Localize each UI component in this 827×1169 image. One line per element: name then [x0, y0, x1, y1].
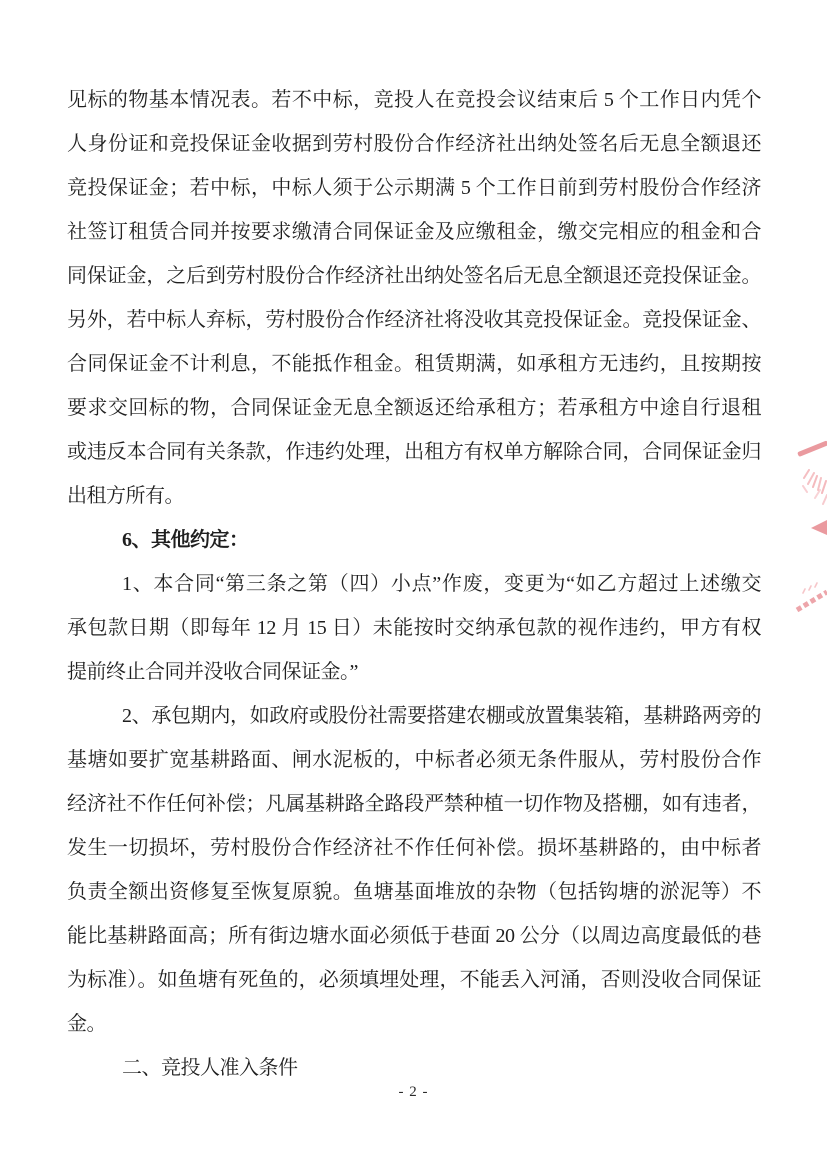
document-page: 见标的物基本情况表。若不中标，竞投人在竞投会议结束后 5 个工作日内凭个人身份证…	[0, 0, 827, 1169]
text-line: 社签订租赁合同并按要求缴清合同保证金及应缴租金，缴交完相应的租金和合	[67, 210, 761, 254]
stamp-fragment-bottom	[797, 583, 827, 610]
text-line: 要求交回标的物，合同保证金无息全额返还给承租方；若承租方中途自行退租	[67, 386, 761, 430]
text-line: 或违反本合同有关条款，作违约处理，出租方有权单方解除合同，合同保证金归	[67, 430, 761, 474]
text-line: 提前终止合同并没收合同保证金。”	[67, 650, 761, 694]
text-line: 6、其他约定：	[67, 518, 761, 562]
text-line: 金。	[67, 1002, 761, 1046]
document-body: 见标的物基本情况表。若不中标，竞投人在竞投会议结束后 5 个工作日内凭个人身份证…	[67, 78, 761, 1090]
text-line: 发生一切损坏，劳村股份合作经济社不作任何补偿。损坏基耕路的，由中标者	[67, 826, 761, 870]
text-line: 承包款日期（即每年 12 月 15 日）未能按时交纳承包款的视作违约，甲方有权	[67, 606, 761, 650]
text-line: 人身份证和竞投保证金收据到劳村股份合作经济社出纳处签名后无息全额退还	[67, 122, 761, 166]
text-line: 能比基耕路面高；所有街边塘水面必须低于巷面 20 公分（以周边高度最低的巷	[67, 914, 761, 958]
text-line: 见标的物基本情况表。若不中标，竞投人在竞投会议结束后 5 个工作日内凭个	[67, 78, 761, 122]
text-line: 负责全额出资修复至恢复原貌。鱼塘基面堆放的杂物（包括钩塘的淤泥等）不	[67, 870, 761, 914]
text-line: 合同保证金不计利息，不能抵作租金。租赁期满，如承租方无违约，且按期按	[67, 342, 761, 386]
stamp-fragment-top	[797, 440, 827, 535]
paragraph-clause-5-continuation: 见标的物基本情况表。若不中标，竞投人在竞投会议结束后 5 个工作日内凭个人身份证…	[67, 78, 761, 518]
text-line: 1、本合同“第三条之第（四）小点”作废，变更为“如乙方超过上述缴交	[67, 562, 761, 606]
text-line: 基塘如要扩宽基耕路面、闸水泥板的，中标者必须无条件服从，劳村股份合作	[67, 738, 761, 782]
text-line: 竞投保证金；若中标，中标人须于公示期满 5 个工作日前到劳村股份合作经济	[67, 166, 761, 210]
paragraph-clause-6-item-1: 1、本合同“第三条之第（四）小点”作废，变更为“如乙方超过上述缴交承包款日期（即…	[67, 562, 761, 694]
text-line: 经济社不作任何补偿；凡属基耕路全路段严禁种植一切作物及搭棚，如有违者，	[67, 782, 761, 826]
text-line: 2、承包期内，如政府或股份社需要搭建农棚或放置集装箱，基耕路两旁的	[67, 694, 761, 738]
text-line: 出租方所有。	[67, 474, 761, 518]
text-line: 为标准）。如鱼塘有死鱼的，必须填埋处理，不能丢入河涌，否则没收合同保证	[67, 958, 761, 1002]
page-number: - 2 -	[0, 1084, 827, 1101]
text-line: 同保证金，之后到劳村股份合作经济社出纳处签名后无息全额退还竞投保证金。	[67, 254, 761, 298]
red-seal-fragment	[793, 440, 827, 640]
paragraph-clause-6-item-2: 2、承包期内，如政府或股份社需要搭建农棚或放置集装箱，基耕路两旁的基塘如要扩宽基…	[67, 694, 761, 1046]
paragraph-heading-clause-6: 6、其他约定：	[67, 518, 761, 562]
text-line: 另外，若中标人弃标，劳村股份合作经济社将没收其竞投保证金。竞投保证金、	[67, 298, 761, 342]
